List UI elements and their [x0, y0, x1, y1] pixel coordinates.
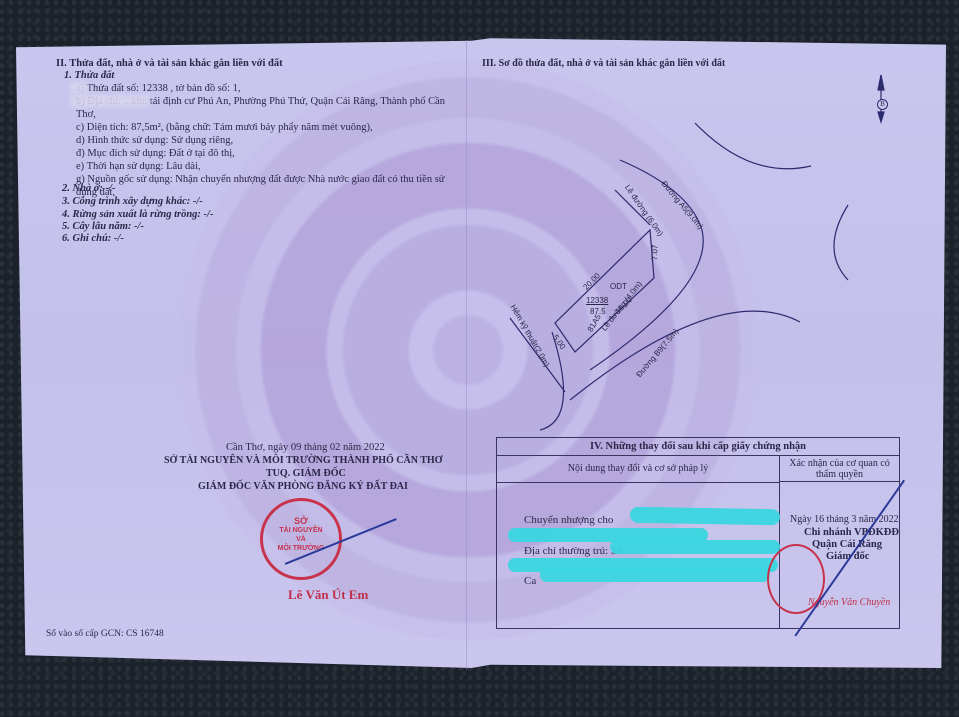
redaction-highlight — [610, 540, 780, 554]
change-line-address: Địa chỉ thường trú: Số — [524, 545, 623, 558]
north-arrow-label: B — [877, 99, 888, 110]
land-use-code: ODT — [610, 280, 627, 293]
edge-length-right: 7.07 — [648, 244, 662, 260]
change-line-transfer: Chuyển nhượng cho — [524, 514, 613, 527]
redaction-highlight — [630, 507, 780, 526]
changes-col-content-header: Nội dung thay đổi và cơ sở pháp lý — [497, 456, 780, 483]
changes-col-confirm-header: Xác nhận của cơ quan có thẩm quyền — [780, 456, 899, 482]
change-line-id: Ca — [524, 575, 536, 588]
confirmation-date: Ngày 16 tháng 3 năm 2022 — [790, 513, 899, 526]
changes-table-title: IV. Những thay đổi sau khi cấp giấy chứn… — [497, 438, 899, 456]
redaction-highlight — [540, 568, 770, 582]
